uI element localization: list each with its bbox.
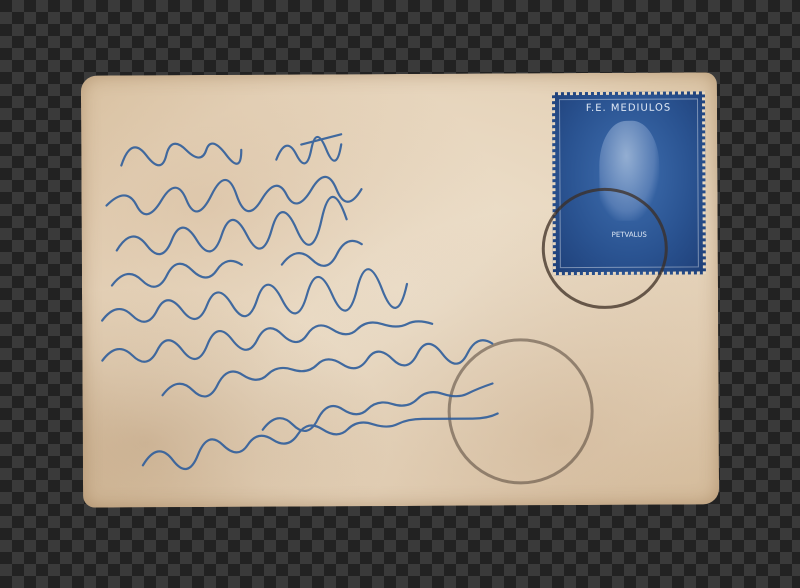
handwriting [81, 72, 719, 507]
postcard: F.E. MEDIULOS PETVALUS [81, 72, 719, 507]
